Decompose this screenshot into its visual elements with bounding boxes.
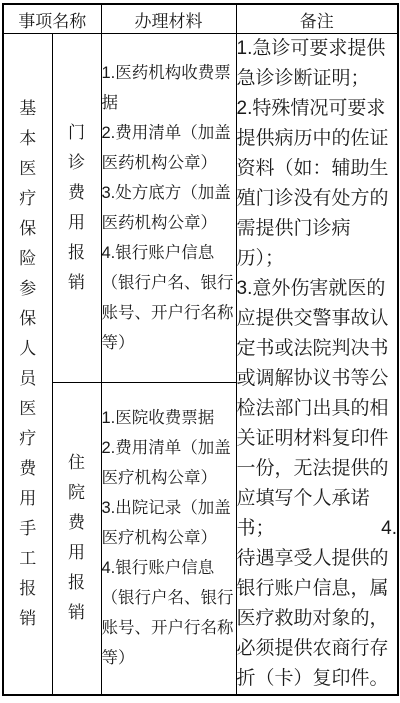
text-line: 医药机构公章） — [102, 148, 236, 178]
text-line: 2.费用清单（加盖 — [102, 118, 236, 148]
text-line: 历）； — [237, 244, 398, 274]
outpatient-materials-cell: 1.医药机构收费票据2.费用清单（加盖医药机构公章）3.处方底方（加盖医药机构公… — [101, 34, 236, 383]
text-line: 1.急诊可要求提供 — [237, 34, 398, 64]
vertical-char: 医 — [4, 154, 52, 184]
text-line: （银行户名、银行 — [102, 583, 236, 613]
vertical-char: 住 — [53, 448, 101, 478]
vertical-char: 销 — [53, 598, 101, 628]
vertical-char: 医 — [4, 394, 52, 424]
vertical-char: 门 — [53, 118, 101, 148]
text-line: 资料（如：辅助生 — [237, 154, 398, 184]
text-line: 等） — [102, 643, 236, 673]
vertical-char: 费 — [53, 508, 101, 538]
text-line: 殖门诊没有处方的 — [237, 184, 398, 214]
header-materials: 办理材料 — [101, 4, 236, 34]
text-line: 折（卡）复印件。 — [237, 664, 398, 694]
vertical-char: 手 — [4, 514, 52, 544]
vertical-char: 销 — [4, 604, 52, 634]
text-line: 账号、开户行名称 — [102, 613, 236, 643]
vertical-char: 用 — [53, 208, 101, 238]
text-line: 4.银行账户信息 — [102, 238, 236, 268]
text-line: 4.银行账户信息 — [102, 553, 236, 583]
remarks-cell: 1.急诊可要求提供急诊诊断证明；2.特殊情况可要求提供病历中的佐证资料（如：辅助… — [236, 34, 398, 696]
vertical-char: 疗 — [4, 424, 52, 454]
text-line: 急诊诊断证明； — [237, 64, 398, 94]
text-line-left: 书； — [237, 514, 275, 544]
row-outpatient: 基本医疗保险参保人员医疗费用手工报销 门诊费用报销 1.医药机构收费票据2.费用… — [3, 34, 398, 383]
page: 事项名称 办理材料 备注 基本医疗保险参保人员医疗费用手工报销 门诊费用报销 1… — [0, 0, 400, 703]
text-line: 1.医院收费票据 — [102, 403, 236, 433]
text-line: （银行户名、银行 — [102, 268, 236, 298]
text-line: 或调解协议书等公 — [237, 364, 398, 394]
table-header-row: 事项名称 办理材料 备注 — [3, 4, 398, 34]
text-line: 医疗机构公章） — [102, 523, 236, 553]
vertical-char: 险 — [4, 244, 52, 274]
vertical-char: 员 — [4, 364, 52, 394]
vertical-char: 工 — [4, 544, 52, 574]
vertical-char: 保 — [4, 304, 52, 334]
text-line: 需提供门诊病 — [237, 214, 398, 244]
text-line: 医药机构公章） — [102, 208, 236, 238]
vertical-char: 基 — [4, 94, 52, 124]
reimbursement-table: 事项名称 办理材料 备注 基本医疗保险参保人员医疗费用手工报销 门诊费用报销 1… — [2, 3, 399, 696]
text-line: 3.处方底方（加盖 — [102, 178, 236, 208]
vertical-char: 疗 — [4, 184, 52, 214]
text-line: 定书或法院判决书 — [237, 334, 398, 364]
vertical-char: 费 — [53, 178, 101, 208]
text-line: 3.出院记录（加盖 — [102, 493, 236, 523]
text-line: 关证明材料复印件 — [237, 424, 398, 454]
vertical-char: 本 — [4, 124, 52, 154]
vertical-char: 用 — [4, 484, 52, 514]
text-line: 2.费用清单（加盖 — [102, 433, 236, 463]
inpatient-materials-cell: 1.医院收费票据2.费用清单（加盖医疗机构公章）3.出院记录（加盖医疗机构公章）… — [101, 382, 236, 695]
header-remarks: 备注 — [236, 4, 398, 34]
vertical-char: 报 — [53, 568, 101, 598]
text-line: 银行账户信息，属 — [237, 574, 398, 604]
vertical-char: 费 — [4, 454, 52, 484]
vertical-char: 用 — [53, 538, 101, 568]
text-line: 据 — [102, 88, 236, 118]
text-line: 一份，无法提供的 — [237, 454, 398, 484]
inpatient-name-cell: 住院费用报销 — [52, 382, 101, 695]
text-line: 应填写个人承诺 — [237, 484, 398, 514]
vertical-char: 参 — [4, 274, 52, 304]
text-line: 医疗机构公章） — [102, 463, 236, 493]
text-line: 提供病历中的佐证 — [237, 124, 398, 154]
text-line: 书；4. — [237, 514, 398, 544]
text-line-right: 4. — [381, 514, 397, 544]
vertical-char: 销 — [53, 268, 101, 298]
text-line: 医疗救助对象的， — [237, 604, 398, 634]
text-line: 检法部门出具的相 — [237, 394, 398, 424]
text-line: 应提供交警事故认 — [237, 304, 398, 334]
vertical-char: 报 — [4, 574, 52, 604]
text-line: 账号、开户行名称 — [102, 298, 236, 328]
header-item-name: 事项名称 — [3, 4, 101, 34]
vertical-char: 诊 — [53, 148, 101, 178]
vertical-char: 保 — [4, 214, 52, 244]
outpatient-name-cell: 门诊费用报销 — [52, 34, 101, 383]
category-cell: 基本医疗保险参保人员医疗费用手工报销 — [3, 34, 52, 696]
text-line: 等） — [102, 328, 236, 358]
text-line: 2.特殊情况可要求 — [237, 94, 398, 124]
text-line: 3.意外伤害就医的 — [237, 274, 398, 304]
text-line: 必须提供农商行存 — [237, 634, 398, 664]
vertical-char: 院 — [53, 478, 101, 508]
text-line: 待遇享受人提供的 — [237, 544, 398, 574]
vertical-char: 报 — [53, 238, 101, 268]
text-line: 1.医药机构收费票 — [102, 58, 236, 88]
vertical-char: 人 — [4, 334, 52, 364]
